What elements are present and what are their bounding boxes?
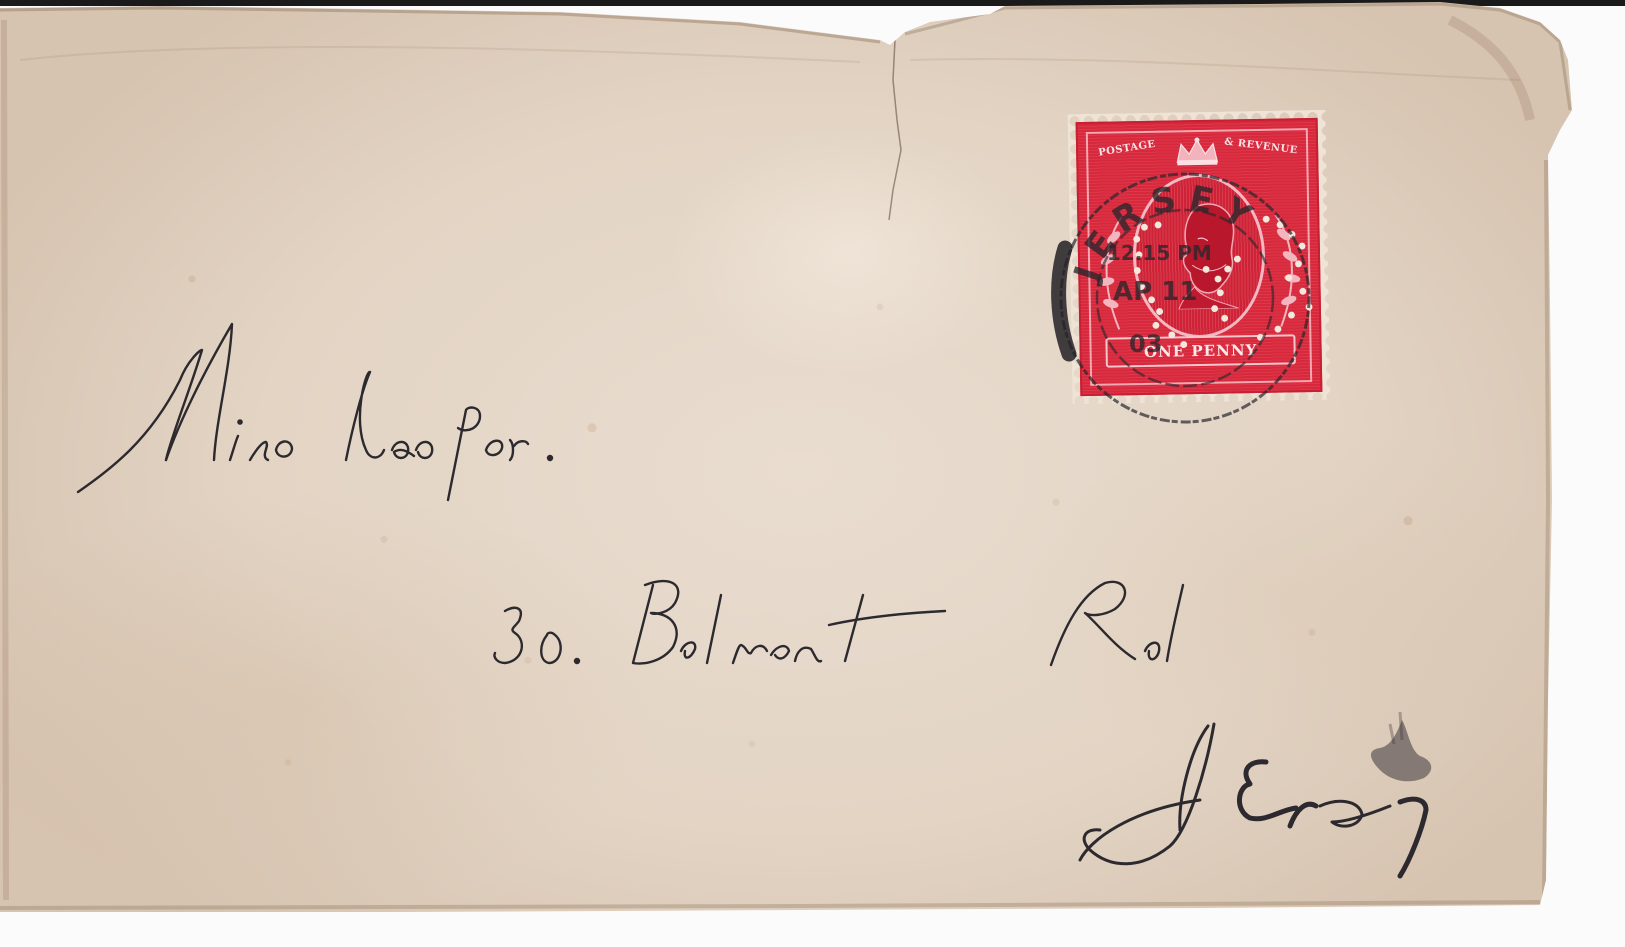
- wreath-right-icon: [1269, 210, 1305, 331]
- postage-stamp: POSTAGE & REVENUE: [1067, 110, 1330, 404]
- street-handwriting: 30. Belmont Rd: [485, 555, 1205, 685]
- locality: Jersey: [1069, 689, 1074, 691]
- crown-icon: [1173, 136, 1222, 167]
- stamp-face: POSTAGE & REVENUE: [1076, 118, 1323, 396]
- portrait-head-icon: [1171, 198, 1245, 309]
- locality-handwriting: Jersey: [1070, 690, 1450, 880]
- wreath-left-icon: [1093, 213, 1129, 334]
- paper-crease: [875, 40, 905, 220]
- stamp-value: ONE PENNY: [1105, 334, 1295, 367]
- recipient-handwriting: Miss Cooper.: [70, 310, 690, 510]
- scan-background: POSTAGE & REVENUE: [0, 0, 1625, 947]
- recipient-name: Miss Cooper.: [70, 309, 77, 311]
